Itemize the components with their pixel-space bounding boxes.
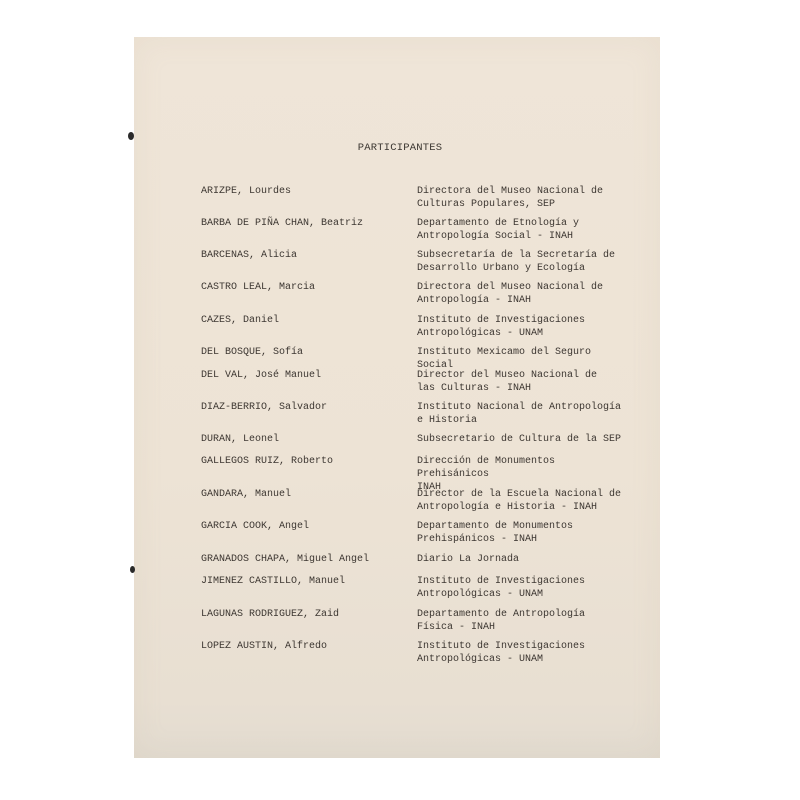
- participant-affiliation: Director del Museo Nacional de las Cultu…: [417, 369, 627, 395]
- participant-affiliation: Directora del Museo Nacional de Culturas…: [417, 185, 627, 211]
- participant-name: LAGUNAS RODRIGUEZ, Zaid: [201, 608, 339, 621]
- participant-affiliation: Subsecretario de Cultura de la SEP: [417, 433, 627, 446]
- participant-name: ARIZPE, Lourdes: [201, 185, 291, 198]
- participant-name: LOPEZ AUSTIN, Alfredo: [201, 640, 327, 653]
- participant-affiliation: Departamento de Etnología y Antropología…: [417, 217, 627, 243]
- participant-affiliation: Diario La Jornada: [417, 553, 627, 566]
- ink-mark: [128, 132, 134, 140]
- participant-affiliation: Subsecretaría de la Secretaría de Desarr…: [417, 249, 627, 275]
- participant-affiliation: Director de la Escuela Nacional de Antro…: [417, 488, 627, 514]
- participant-affiliation: Instituto de Investigaciones Antropológi…: [417, 640, 627, 666]
- participant-affiliation: Departamento de Monumentos Prehispánicos…: [417, 520, 627, 546]
- participant-name: JIMENEZ CASTILLO, Manuel: [201, 575, 345, 588]
- participant-affiliation: Instituto de Investigaciones Antropológi…: [417, 314, 627, 340]
- participant-name: BARBA DE PIÑA CHAN, Beatriz: [201, 217, 363, 230]
- participant-affiliation: Departamento de Antropología Física - IN…: [417, 608, 627, 634]
- participant-affiliation: Instituto de Investigaciones Antropológi…: [417, 575, 627, 601]
- participant-name: GARCIA COOK, Angel: [201, 520, 309, 533]
- participant-name: BARCENAS, Alicia: [201, 249, 297, 262]
- page-title: PARTICIPANTES: [0, 142, 800, 154]
- participant-name: CAZES, Daniel: [201, 314, 279, 327]
- participant-name: DURAN, Leonel: [201, 433, 279, 446]
- participant-name: DEL BOSQUE, Sofía: [201, 346, 303, 359]
- participant-name: GANDARA, Manuel: [201, 488, 291, 501]
- participant-name: DEL VAL, José Manuel: [201, 369, 321, 382]
- participant-affiliation: Instituto Nacional de Antropología e His…: [417, 401, 627, 427]
- participant-name: CASTRO LEAL, Marcia: [201, 281, 315, 294]
- participant-name: GRANADOS CHAPA, Miguel Angel: [201, 553, 369, 566]
- participant-name: GALLEGOS RUIZ, Roberto: [201, 455, 333, 468]
- participant-affiliation: Directora del Museo Nacional de Antropol…: [417, 281, 627, 307]
- participant-name: DIAZ-BERRIO, Salvador: [201, 401, 327, 414]
- ink-mark: [130, 566, 135, 573]
